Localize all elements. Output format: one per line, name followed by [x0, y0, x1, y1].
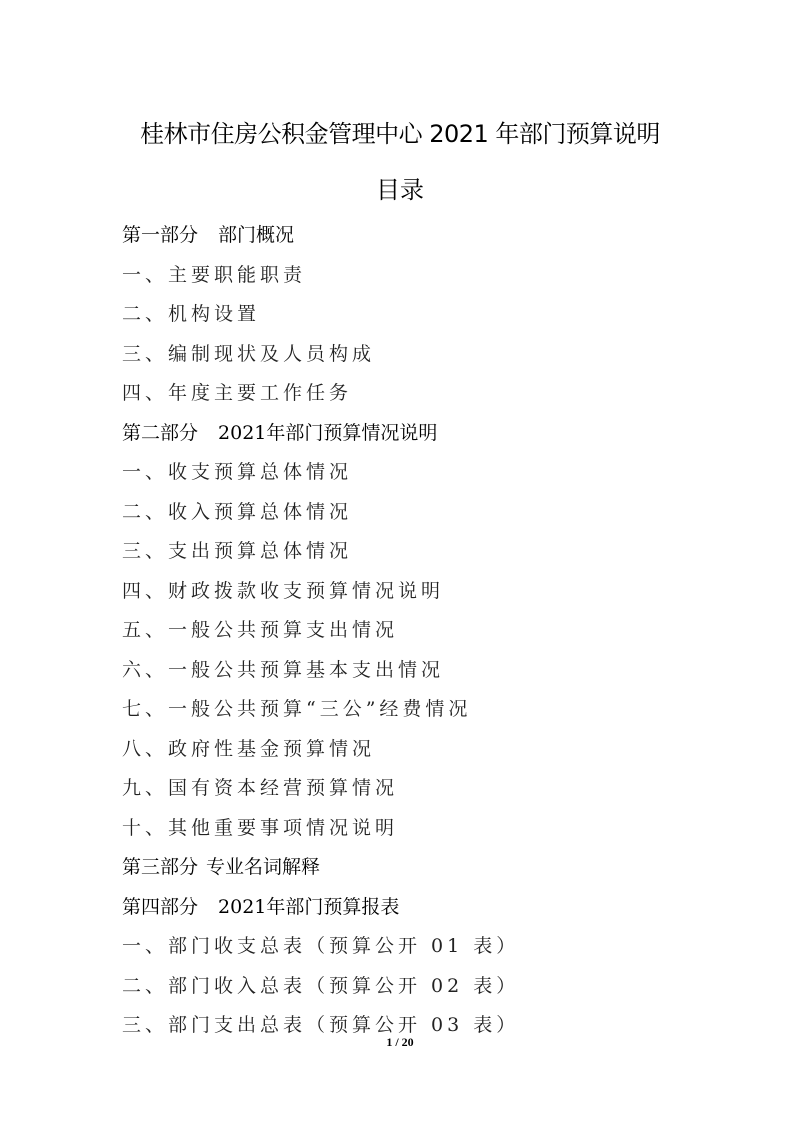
toc-item: 五、一般公共预算支出情况: [122, 611, 742, 651]
toc-item: 二、部门收入总表（预算公开 02 表）: [122, 967, 742, 1007]
toc-item: 一、主要职能职责: [122, 256, 742, 296]
page-number: 1 / 20: [0, 1035, 800, 1050]
part-title: 专业名词解释: [206, 856, 320, 878]
part-number: 第一部分: [122, 216, 198, 256]
toc-item: 二、机构设置: [122, 295, 742, 335]
toc-item: 六、一般公共预算基本支出情况: [122, 651, 742, 691]
toc-item: 四、年度主要工作任务: [122, 374, 742, 414]
toc-item: 一、部门收支总表（预算公开 01 表）: [122, 927, 742, 967]
toc-part-3: 第三部分专业名词解释: [122, 848, 742, 888]
toc-part-1: 第一部分部门概况: [122, 216, 742, 256]
part-number: 第三部分: [122, 848, 198, 888]
toc-item: 九、国有资本经营预算情况: [122, 769, 742, 809]
part-title: 2021年部门预算报表: [218, 896, 399, 918]
toc-heading: 目录: [0, 174, 800, 206]
toc-item: 三、编制现状及人员构成: [122, 335, 742, 375]
part-number: 第二部分: [122, 414, 198, 454]
toc-part-2: 第二部分2021年部门预算情况说明: [122, 414, 742, 454]
toc-item: 二、收入预算总体情况: [122, 493, 742, 533]
part-title: 2021年部门预算情况说明: [218, 422, 437, 444]
toc-item: 十、其他重要事项情况说明: [122, 809, 742, 849]
table-of-contents: 第一部分部门概况 一、主要职能职责 二、机构设置 三、编制现状及人员构成 四、年…: [122, 216, 742, 1046]
toc-item: 八、政府性基金预算情况: [122, 730, 742, 770]
part-number: 第四部分: [122, 888, 198, 928]
toc-item: 四、财政拨款收支预算情况说明: [122, 572, 742, 612]
toc-item: 三、支出预算总体情况: [122, 532, 742, 572]
part-title: 部门概况: [218, 224, 294, 246]
toc-item: 七、一般公共预算“三公”经费情况: [122, 690, 742, 730]
document-title: 桂林市住房公积金管理中心 2021 年部门预算说明: [0, 118, 800, 150]
toc-item: 一、收支预算总体情况: [122, 453, 742, 493]
toc-part-4: 第四部分2021年部门预算报表: [122, 888, 742, 928]
